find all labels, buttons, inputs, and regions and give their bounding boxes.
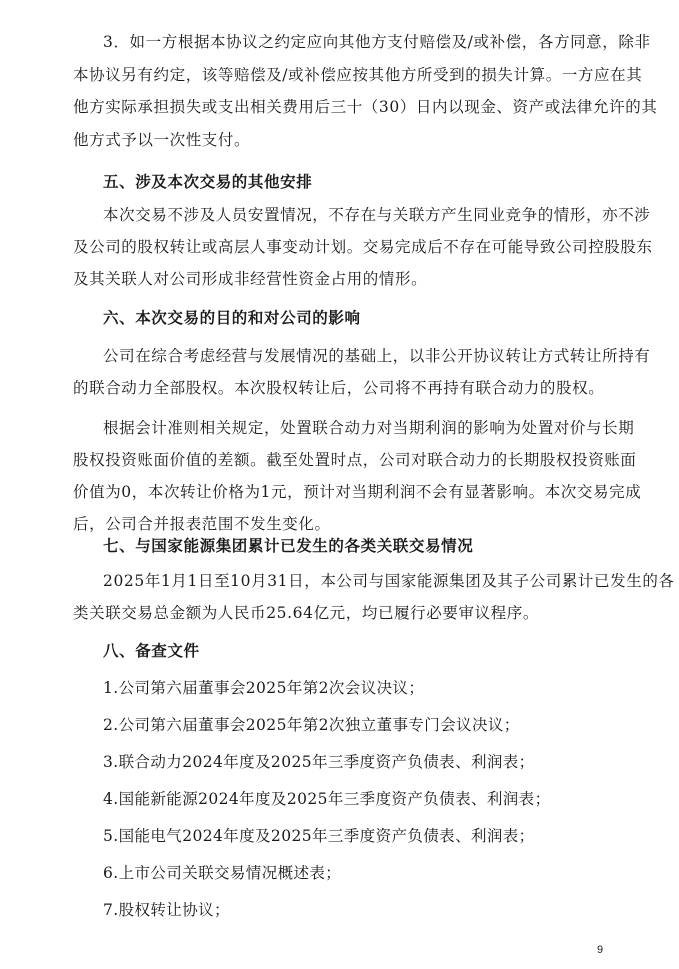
reference-item: 3.联合动力2024年度及2025年三季度资产负债表、利润表； — [103, 752, 535, 772]
paragraph-line: 本协议另有约定，该等赔偿及/或补偿应按其他方所受到的损失计算。一方应在其 — [73, 65, 606, 85]
paragraph-line: 及其关联人对公司形成非经营性资金占用的情形。 — [73, 269, 606, 289]
section-8-heading: 八、备查文件 — [103, 641, 200, 661]
section-7-heading: 七、与国家能源集团累计已发生的各类关联交易情况 — [103, 536, 473, 556]
paragraph-line: 及公司的股权转让或高层人事变动计划。交易完成后不存在可能导致公司控股股东 — [73, 237, 606, 257]
paragraph-line: 3．如一方根据本协议之约定应向其他方支付赔偿及/或补偿，各方同意，除非 — [103, 32, 606, 52]
reference-item: 7.股权转让协议； — [103, 900, 230, 920]
section-6-heading: 六、本次交易的目的和对公司的影响 — [103, 308, 361, 328]
paragraph-line: 公司在综合考虑经营与发展情况的基础上，以非公开协议转让方式转让所持有 — [103, 346, 606, 366]
paragraph-line: 2025年1月1日至10月31日，本公司与国家能源集团及其子公司累计已发生的各 — [103, 571, 606, 591]
paragraph-line: 他方实际承担损失或支出相关费用后三十（30）日内以现金、资产或法律允许的其 — [73, 97, 606, 117]
paragraph-line: 类关联交易总金额为人民币25.64亿元，均已履行必要审议程序。 — [73, 603, 606, 623]
section-5-heading: 五、涉及本次交易的其他安排 — [103, 172, 312, 192]
paragraph-line: 根据会计准则相关规定，处置联合动力对当期利润的影响为处置对价与长期 — [103, 418, 606, 438]
reference-item: 4.国能新能源2024年度及2025年三季度资产负债表、利润表； — [103, 789, 550, 809]
paragraph-line: 他方式予以一次性支付。 — [73, 130, 606, 150]
reference-item: 2.公司第六届董事会2025年第2次独立董事专门会议决议； — [103, 715, 520, 735]
paragraph-line: 股权投资账面价值的差额。截至处置时点，公司对联合动力的长期股权投资账面 — [73, 450, 606, 470]
reference-item: 5.国能电气2024年度及2025年三季度资产负债表、利润表； — [103, 826, 535, 846]
page-number: 9 — [597, 944, 603, 956]
paragraph-line: 的联合动力全部股权。本次股权转让后，公司将不再持有联合动力的股权。 — [73, 378, 606, 398]
reference-item: 1.公司第六届董事会2025年第2次会议决议； — [103, 678, 424, 698]
paragraph-line: 本次交易不涉及人员安置情况，不存在与关联方产生同业竞争的情形，亦不涉 — [103, 205, 606, 225]
paragraph-line: 价值为0，本次转让价格为1元，预计对当期利润不会有显著影响。本次交易完成 — [73, 482, 606, 502]
reference-item: 6.上市公司关联交易情况概述表； — [103, 863, 341, 883]
paragraph-line: 后，公司合并报表范围不发生变化。 — [73, 514, 606, 534]
